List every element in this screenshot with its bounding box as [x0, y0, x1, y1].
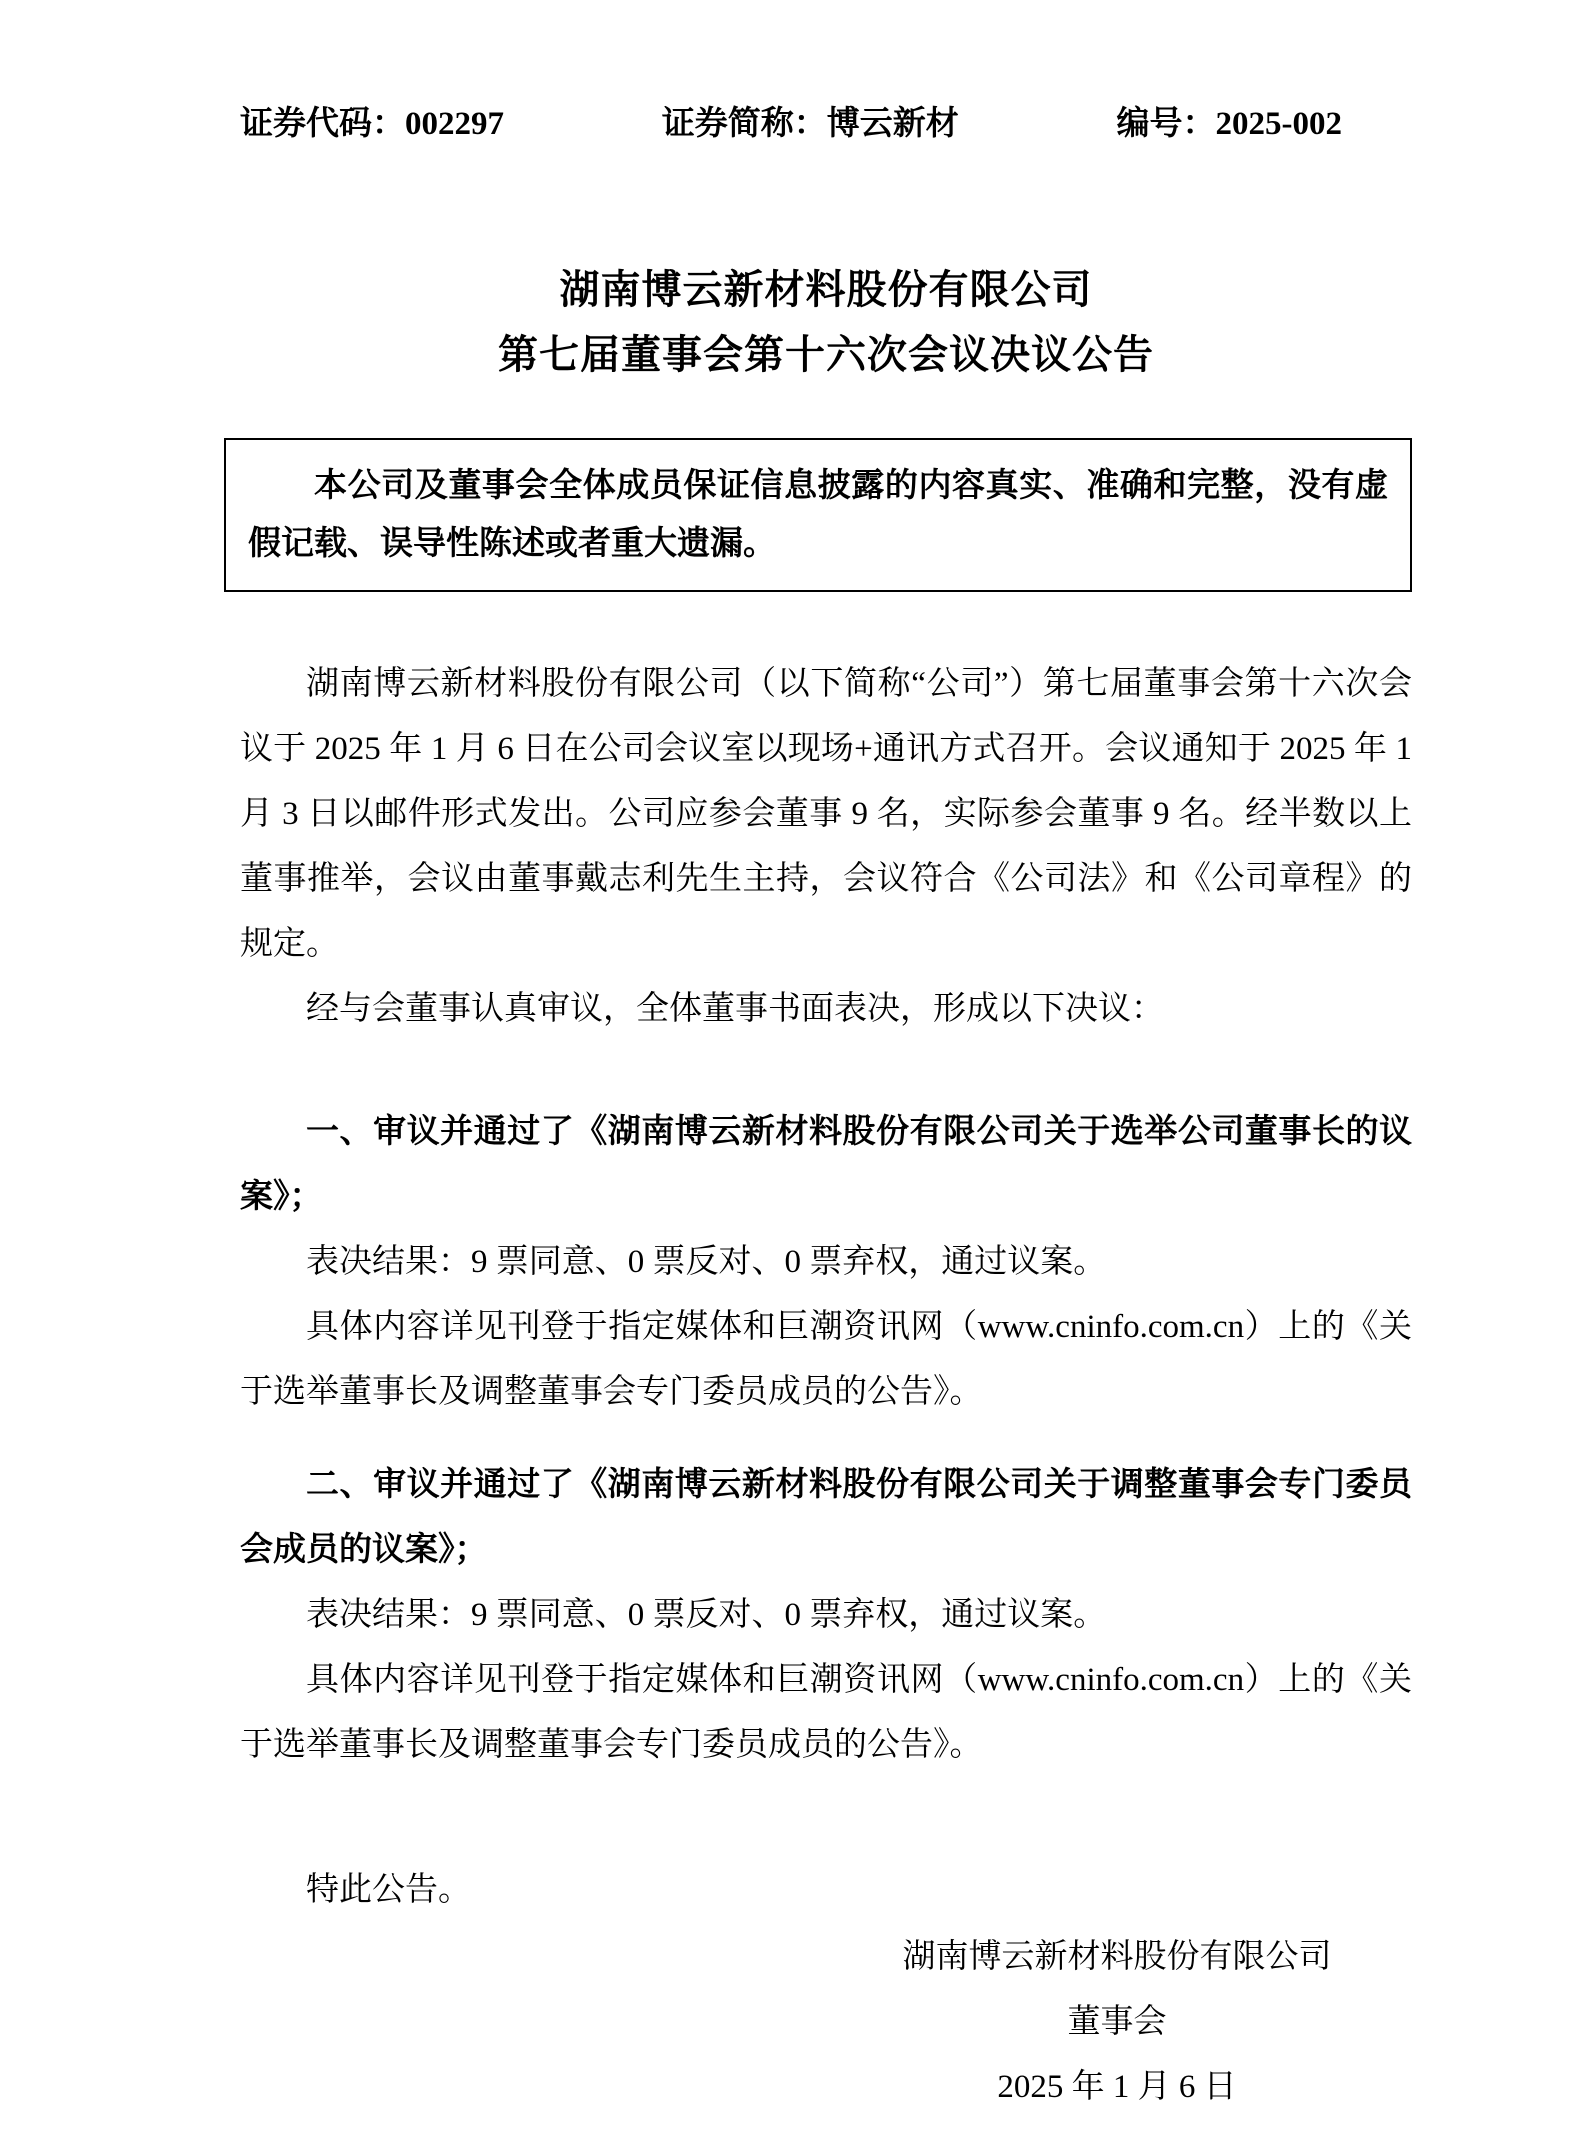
section-2-heading: 二、审议并通过了《湖南博云新材料股份有限公司关于调整董事会专门委员会成员的议案》…	[240, 1453, 1412, 1583]
disclaimer-text: 本公司及董事会全体成员保证信息披露的内容真实、准确和完整，没有虚假记载、误导性陈…	[248, 457, 1388, 573]
meeting-info-paragraph: 湖南博云新材料股份有限公司（以下简称“公司”）第七届董事会第十六次会议于 202…	[240, 652, 1412, 977]
section-2-vote-result: 表决结果：9 票同意、0 票反对、0 票弃权，通过议案。	[240, 1583, 1412, 1648]
section-2-detail: 具体内容详见刊登于指定媒体和巨潮资讯网（www.cninfo.com.cn）上的…	[240, 1648, 1412, 1778]
section-1-vote-result: 表决结果：9 票同意、0 票反对、0 票弃权，通过议案。	[240, 1230, 1412, 1295]
closing-note: 特此公告。	[240, 1858, 1412, 1923]
signature-block: 湖南博云新材料股份有限公司 董事会 2025 年 1 月 6 日	[897, 1925, 1337, 2120]
signature-board: 董事会	[897, 1990, 1337, 2055]
signature-company: 湖南博云新材料股份有限公司	[897, 1925, 1337, 1990]
announcement-page: 证券代码：002297 证券简称：博云新材 编号：2025-002 湖南博云新材…	[0, 0, 1587, 2147]
document-header: 证券代码：002297 证券简称：博云新材 编号：2025-002	[240, 104, 1412, 144]
resolution-intro: 经与会董事认真审议，全体董事书面表决，形成以下决议：	[240, 977, 1412, 1042]
meeting-title: 第七届董事会第十六次会议决议公告	[240, 333, 1412, 377]
section-1-heading: 一、审议并通过了《湖南博云新材料股份有限公司关于选举公司董事长的议案》；	[240, 1100, 1412, 1230]
disclaimer-box: 本公司及董事会全体成员保证信息披露的内容真实、准确和完整，没有虚假记载、误导性陈…	[224, 438, 1412, 592]
doc-number: 编号：2025-002	[1117, 104, 1343, 144]
section-1-detail: 具体内容详见刊登于指定媒体和巨潮资讯网（www.cninfo.com.cn）上的…	[240, 1295, 1412, 1425]
stock-code: 证券代码：002297	[240, 104, 504, 144]
stock-name: 证券简称：博云新材	[662, 104, 959, 144]
signature-date: 2025 年 1 月 6 日	[897, 2055, 1337, 2120]
company-title: 湖南博云新材料股份有限公司	[240, 268, 1412, 312]
